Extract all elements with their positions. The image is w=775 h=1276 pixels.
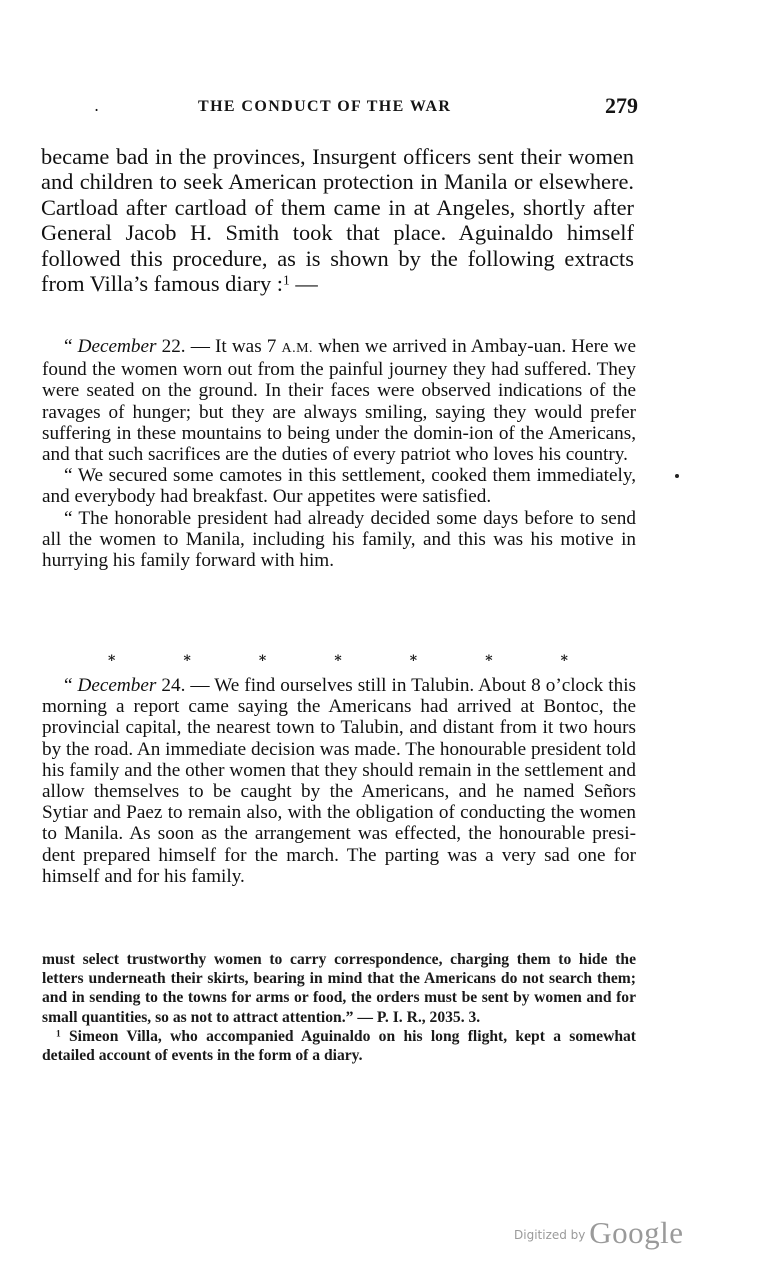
header-mark: . [94,92,99,120]
footnotes: must select trustworthy women to carry c… [42,950,636,1065]
running-title: THE CONDUCT OF THE WAR [198,94,451,120]
body-dash: — [290,271,318,296]
diary-entry-camotes: “ We secured some camotes in this settle… [42,465,636,507]
diary-entry-dec-22: “ December 22. — It was 7 A.M. when we a… [42,336,636,465]
entry-date: December [78,675,157,696]
body-paragraph: became bad in the provinces, Insurgent o… [41,144,634,296]
running-header: . THE CONDUCT OF THE WAR 279 [42,92,638,122]
diary-quote-block-1: “ December 22. — It was 7 A.M. when we a… [42,336,636,571]
diary-quote-block-2: “ December 24. — We find ourselves still… [42,675,636,887]
diary-entry-president: “ The honorable president had already de… [42,508,636,572]
footnote-continued: must select trustworthy women to carry c… [42,950,636,1027]
footnote-1: 1 Simeon Villa, who accompanied Aguinald… [42,1027,636,1065]
entry-date: December [78,336,157,357]
google-logo: Google [589,1215,683,1250]
body-paragraph-text: became bad in the provinces, Insurgent o… [41,144,634,296]
footnote-ref: 1 [283,272,290,287]
diary-entry-dec-24: “ December 24. — We find ourselves still… [42,675,636,887]
page-number: 279 [605,92,638,120]
digitized-watermark: Digitized by Google [514,1215,683,1251]
ellipsis-stars: * * * * * * * [108,652,568,670]
book-page: . THE CONDUCT OF THE WAR 279 became bad … [0,0,775,1276]
scan-speck [675,474,679,478]
